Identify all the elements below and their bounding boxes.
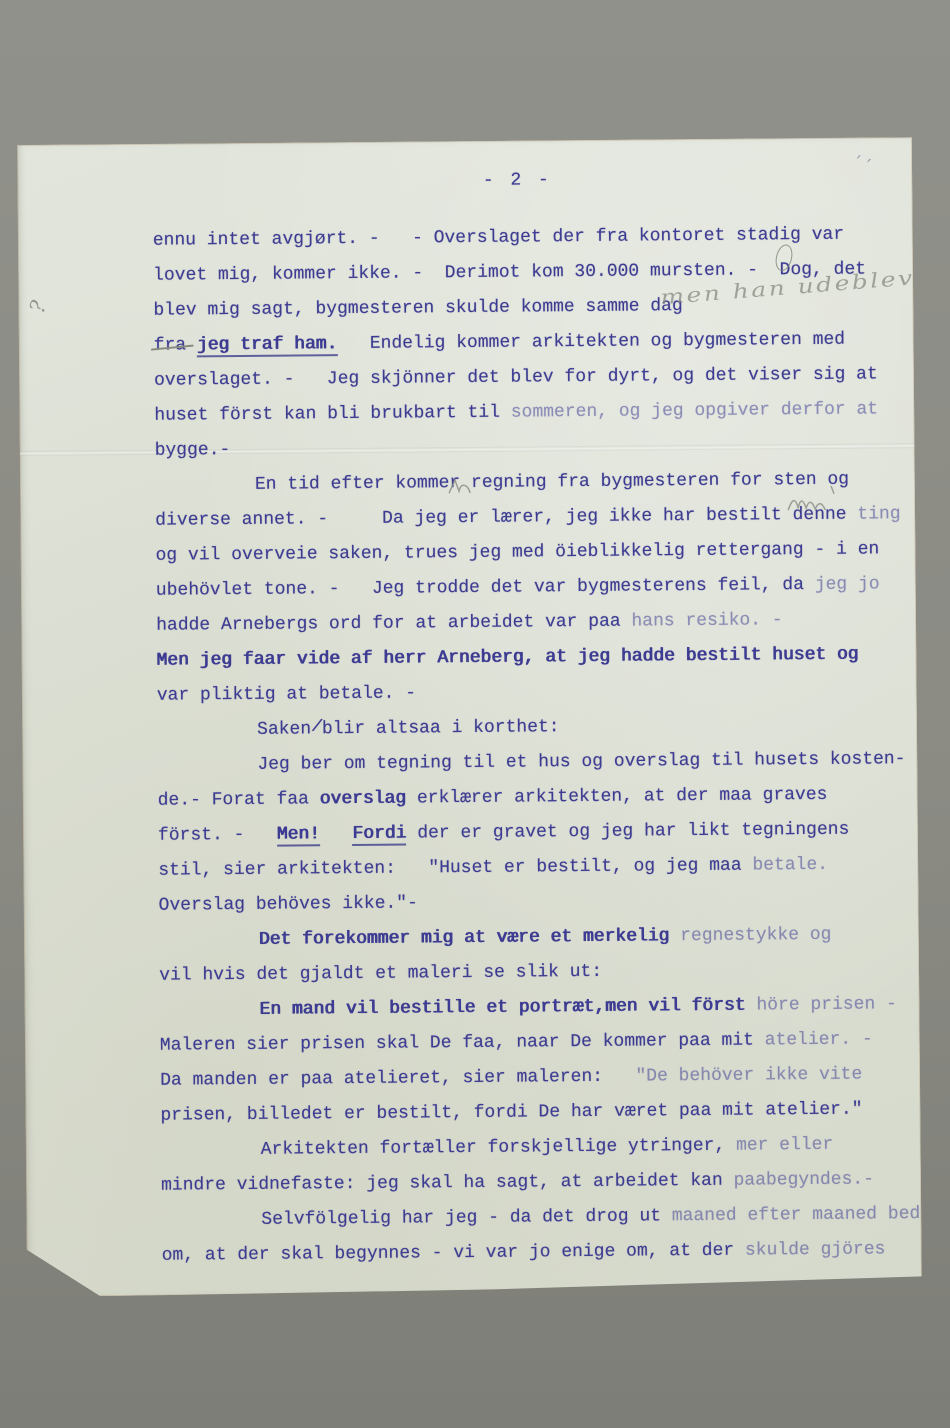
text-segment: Selvfölgelig har jeg - da det drog ut <box>261 1206 672 1230</box>
text-segment: om, at der skal begynnes - vi var jo eni… <box>162 1241 745 1266</box>
text-segment: Det forekommer mig at være et merkelig <box>259 926 680 950</box>
text-segment: Men! <box>277 824 320 846</box>
pencil-question-mark: ? <box>25 298 51 316</box>
text-segment: der er gravet og jeg har likt tegningens <box>406 820 849 844</box>
text-segment: "De behöver ikke vite <box>635 1065 862 1087</box>
text-segment: overslag <box>320 789 407 810</box>
text-segment: Jeg ber om tegning til et hus og oversla… <box>257 749 905 775</box>
paper-sheet: - 2 - ennu intet avgjørt. - - Overslaget… <box>17 137 922 1297</box>
desk-background: { "page": { "background_color": "#8b8b84… <box>0 0 950 1428</box>
text-segment: huset först kan bli brukbart til <box>154 403 511 426</box>
text-line: om, at der skal begynnes - vi var jo eni… <box>162 1232 907 1273</box>
text-segment: fra <box>154 335 187 355</box>
pencil-scribble-icon <box>784 484 842 517</box>
text-segment: diverse annet. - Da jeg er lærer, jeg ik… <box>155 505 857 531</box>
text-segment: overslaget. - Jeg skjönner det blev for … <box>154 364 878 390</box>
text-segment: först. - <box>158 825 277 846</box>
text-segment: Da manden er paa atelieret, sier maleren… <box>160 1067 635 1091</box>
text-segment: ennu intet avgjørt. - - Overslaget der f… <box>153 225 844 251</box>
text-segment: prisen, billedet er bestilt, fordi De ha… <box>160 1100 862 1126</box>
page-number: - 2 - <box>152 167 882 193</box>
text-segment: regnestykke og <box>680 925 831 946</box>
text-segment: vil hvis det gjaldt et maleri se slik ut… <box>159 962 602 986</box>
text-segment: skulde gjöres <box>745 1239 886 1260</box>
text-line: ubehövlet tone. - Jeg trodde det var byg… <box>156 567 901 608</box>
text-segment: En mand vil bestille et portræt,men vil … <box>259 996 756 1020</box>
text-line: Men jeg faar vide af herr Arneberg, at j… <box>156 637 901 678</box>
text-segment: de.- Forat faa <box>158 789 320 810</box>
text-segment: mer eller <box>736 1135 833 1156</box>
text-segment: stil, sier arkitekten: "Huset er bestilt… <box>158 856 752 881</box>
text-segment: hans resiko. - <box>631 610 782 631</box>
text-segment: atelier. - <box>765 1029 873 1050</box>
text-segment: Saken <box>257 719 311 739</box>
text-line: stil, sier arkitekten: "Huset er bestilt… <box>158 847 903 888</box>
text-segment: betale. <box>752 855 828 876</box>
text-segment: og vil overveie saken, trues jeg med öie… <box>155 539 879 565</box>
text-segment: höre prisen - <box>756 994 897 1015</box>
text-segment: maaned efter maaned bedt <box>672 1204 931 1226</box>
text-segment: sommeren, og jeg opgiver derfor at <box>511 399 878 422</box>
text-segment: En tid efter kommer regning fra bygmeste… <box>255 470 849 495</box>
text-segment: Fordi <box>352 824 406 846</box>
text-segment: Maleren sier prisen skal De faa, naar De… <box>160 1030 765 1055</box>
text-segment: Men jeg faar vide af herr Arneberg, at j… <box>156 645 858 671</box>
text-segment: Arkitekten fortæller forskjellige ytring… <box>261 1136 736 1160</box>
text-segment: blir altsaa i korthet: <box>322 717 560 739</box>
text-segment: mindre vidnefaste: jeg skal ha sagt, at … <box>161 1171 734 1196</box>
text-line: huset först kan bli brukbart til sommere… <box>154 392 899 433</box>
text-segment: Endelig kommer arkitekten og bygmesteren… <box>337 330 845 354</box>
text-segment: var pliktig at betale. - <box>157 683 416 705</box>
document-text: ennu intet avgjørt. - - Overslaget der f… <box>153 217 907 1273</box>
pencil-squiggle-icon <box>446 477 472 497</box>
text-segment: bygge.- <box>155 440 231 461</box>
text-segment: ubehövlet tone. - Jeg trodde det var byg… <box>156 575 815 601</box>
text-segment: hadde Arnebergs ord for at arbeidet var … <box>156 612 631 636</box>
text-segment: paabegyndes.- <box>733 1169 874 1190</box>
text-segment: Overslag behöves ikke."- <box>159 893 418 915</box>
text-segment: blev mig sagt, bygmesteren skulde komme … <box>153 296 682 321</box>
text-segment: erklærer arkitekten, at der maa graves <box>406 785 827 809</box>
text-segment: jeg traf ham. <box>197 334 338 357</box>
text-segment: jeg jo <box>815 574 880 595</box>
text-line: Det forekommer mig at være et merkelig r… <box>159 917 904 958</box>
text-segment: ting <box>857 504 900 524</box>
text-segment <box>320 824 353 844</box>
